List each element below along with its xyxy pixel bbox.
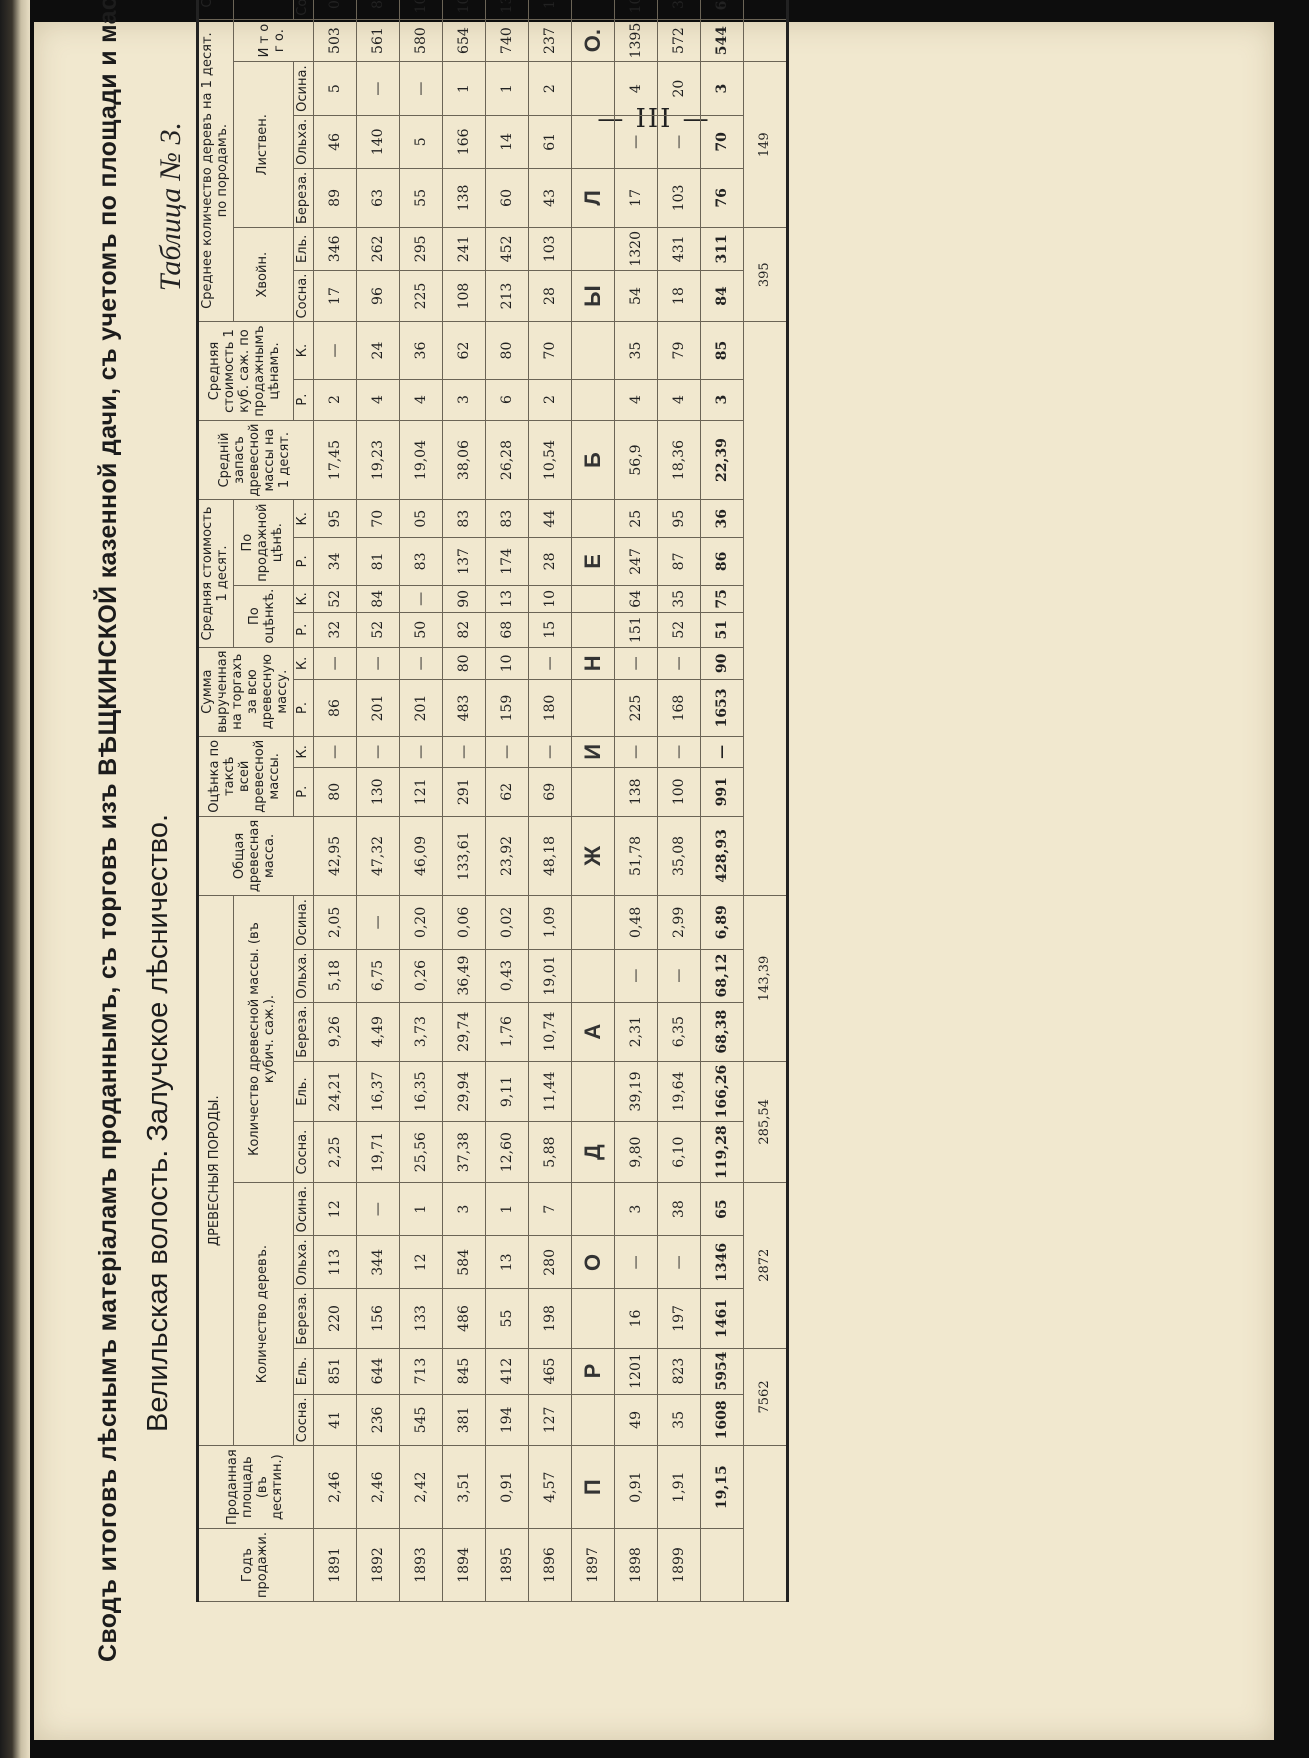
cell-a-alder: 5 [399, 115, 442, 168]
cell-v-birch: 4,49 [356, 1002, 399, 1061]
empty-cell [571, 1182, 614, 1235]
total-t-birch: 1461 [700, 1289, 743, 1348]
cell-sum-r: 225 [614, 680, 657, 737]
header-year: Годъ продажи. [198, 1529, 314, 1602]
cell-t-alder: 344 [356, 1236, 399, 1289]
total-t-alder: 1346 [700, 1236, 743, 1289]
cell-ca-r: 32 [313, 612, 356, 647]
total-ca-k: 75 [700, 585, 743, 612]
cell-sum-k: — [528, 647, 571, 680]
total-t-pine: 1608 [700, 1394, 743, 1446]
cell-pc-k: 36 [399, 322, 442, 379]
cell-t-spruce: 412 [485, 1348, 528, 1394]
cell-ca-k: 90 [442, 585, 485, 612]
cell-v-birch: 6,35 [657, 1002, 700, 1061]
cell-t-aspen: 3 [442, 1182, 485, 1235]
header-total: И т о г о. [233, 19, 313, 62]
total-sum-k: 90 [700, 647, 743, 680]
cell-t-pine: 35 [657, 1394, 700, 1446]
cell-a-birch: 138 [442, 168, 485, 227]
total-stock: 22,39 [700, 420, 743, 500]
header-sum-received: Сумма вырученная на торгахъ за всю древе… [198, 647, 294, 736]
cell-cs-k: 25 [614, 500, 657, 538]
cell-cs-r: 28 [528, 538, 571, 586]
total-cs-k: 36 [700, 500, 743, 538]
cell-cs-k: 44 [528, 500, 571, 538]
cell-v-birch: 10,74 [528, 1002, 571, 1061]
total-v-alder: 68,12 [700, 949, 743, 1002]
cell-area: 2,46 [356, 1446, 399, 1529]
cell-t-birch: 156 [356, 1289, 399, 1348]
cell-s-pine: 0,91 [313, 0, 356, 19]
cell-appr-k: — [657, 736, 700, 767]
cell-year: 1896 [528, 1529, 571, 1602]
header-species-group: ДРЕВЕСНЫЯ ПОРОДЫ. [198, 896, 234, 1446]
cell-a-spruce: 1320 [614, 228, 657, 271]
cell-cs-r: 87 [657, 538, 700, 586]
cell-v-alder: 6,75 [356, 949, 399, 1002]
no-sales-letter: П [571, 1446, 614, 1529]
cell-appr-r: 291 [442, 767, 485, 816]
no-sales-letter: Е [571, 538, 614, 586]
cell-a-pine: 108 [442, 270, 485, 322]
total-v-pine: 119,28 [700, 1122, 743, 1183]
cell-v-pine: 6,10 [657, 1122, 700, 1183]
cell-a-birch: 63 [356, 168, 399, 227]
header-birch: Береза. [293, 168, 313, 227]
cell-pc-r: 4 [614, 379, 657, 420]
total-t-aspen: 65 [700, 1182, 743, 1235]
header-avg-stock: Средній запасъ древесной массы на 1 деся… [198, 420, 314, 500]
cell-a-spruce: 241 [442, 228, 485, 271]
cell-v-spruce: 16,37 [356, 1061, 399, 1122]
cell-mass: 46,09 [399, 816, 442, 895]
header-avg-price-cub: Средняя стоимость 1 куб. саж. по продажн… [198, 322, 294, 420]
cell-mass: 35,08 [657, 816, 700, 895]
cell-appr-k: — [614, 736, 657, 767]
cell-t-alder: 584 [442, 1236, 485, 1289]
header-by-appraisal: По оцѣнкѣ. [233, 585, 293, 647]
cell-pc-k: — [313, 322, 356, 379]
cell-sum-r: 483 [442, 680, 485, 737]
cell-t-aspen: 7 [528, 1182, 571, 1235]
cell-a-alder: — [614, 115, 657, 168]
no-sales-letter: А [571, 1002, 614, 1061]
cell-sum-r: 86 [313, 680, 356, 737]
table-number: Таблица № 3. [154, 122, 188, 291]
cell-mass: 47,32 [356, 816, 399, 895]
cell-cs-k: 05 [399, 500, 442, 538]
cell-t-birch: 486 [442, 1289, 485, 1348]
cell-year: 1894 [442, 1529, 485, 1602]
cell-a-aspen: 2 [528, 62, 571, 115]
cell-area: 1,91 [657, 1446, 700, 1529]
cell-a-birch: 89 [313, 168, 356, 227]
cell-t-birch: 197 [657, 1289, 700, 1348]
group-total-t-conifer: 7562 [743, 1348, 787, 1446]
cell-v-aspen: 2,05 [313, 896, 356, 949]
cell-t-aspen: 12 [313, 1182, 356, 1235]
total-t-spruce: 5954 [700, 1348, 743, 1394]
empty-cell [743, 1446, 787, 1602]
cell-a-birch: 55 [399, 168, 442, 227]
cell-area: 4,57 [528, 1446, 571, 1529]
cell-sum-r: 168 [657, 680, 700, 737]
cell-pc-k: 62 [442, 322, 485, 379]
cell-v-birch: 9,26 [313, 1002, 356, 1061]
cell-v-birch: 2,31 [614, 1002, 657, 1061]
header-deciduous: Листвен. [233, 62, 293, 228]
cell-v-aspen: 0,06 [442, 896, 485, 949]
cell-pc-r: 2 [313, 379, 356, 420]
header-kop: К. [293, 585, 313, 612]
cell-a-spruce: 103 [528, 228, 571, 271]
table-row: 1897ПРОДАЖИНЕБЫЛО. [571, 0, 614, 1602]
cell-v-birch: 1,76 [485, 1002, 528, 1061]
document-page: — III — Сводъ итоговъ лѣснымъ матеріалам… [34, 22, 1274, 1740]
header-by-sale: По продажной цѣнѣ. [233, 500, 293, 585]
cell-area: 0,91 [485, 1446, 528, 1529]
cell-pc-k: 35 [614, 322, 657, 379]
header-spruce: Ель. [293, 1061, 313, 1122]
header-birch: Береза. [293, 1289, 313, 1348]
cell-v-birch: 3,73 [399, 1002, 442, 1061]
total-a-birch: 76 [700, 168, 743, 227]
cell-t-alder: 13 [485, 1236, 528, 1289]
cell-ca-r: 82 [442, 612, 485, 647]
empty-cell [571, 612, 614, 647]
cell-cs-r: 81 [356, 538, 399, 586]
header-kop: К. [293, 322, 313, 379]
cell-s-pine: 3,18 [657, 0, 700, 19]
cell-year: 1891 [313, 1529, 356, 1602]
empty-cell [571, 767, 614, 816]
header-kop: К. [293, 736, 313, 767]
cell-stock: 10,54 [528, 420, 571, 500]
cell-appr-r: 121 [399, 767, 442, 816]
cell-a-aspen: — [399, 62, 442, 115]
cell-v-alder: — [614, 949, 657, 1002]
document-title: Сводъ итоговъ лѣснымъ матеріаламъ продан… [94, 102, 123, 1662]
header-rub: Р. [293, 680, 313, 737]
cell-appr-r: 69 [528, 767, 571, 816]
cell-ca-r: 151 [614, 612, 657, 647]
cell-v-spruce: 39,19 [614, 1061, 657, 1122]
cell-v-pine: 9,80 [614, 1122, 657, 1183]
cell-appr-r: 100 [657, 767, 700, 816]
cell-v-alder: 5,18 [313, 949, 356, 1002]
header-birch: Береза. [293, 1002, 313, 1061]
cell-a-total: 580 [399, 19, 442, 62]
cell-v-spruce: 16,35 [399, 1061, 442, 1122]
header-aspen: Осина. [293, 896, 313, 949]
cell-v-aspen: — [356, 896, 399, 949]
cell-pc-r: 4 [356, 379, 399, 420]
cell-v-alder: 0,43 [485, 949, 528, 1002]
header-total-mass: Общая древесная масса. [198, 816, 314, 895]
cell-ca-k: 35 [657, 585, 700, 612]
totals-row: 19,15160859541461134665119,28166,2668,38… [700, 0, 743, 1602]
cell-v-aspen: 0,20 [399, 896, 442, 949]
cell-a-alder: 61 [528, 115, 571, 168]
cell-appr-k: — [356, 736, 399, 767]
header-avg-stock-species: Средній запасъ древесной массы на 1 дес.… [198, 0, 234, 19]
cell-t-birch: 198 [528, 1289, 571, 1348]
cell-v-alder: 36,49 [442, 949, 485, 1002]
total-s-pine: 6,23 [700, 0, 743, 19]
cell-a-pine: 54 [614, 270, 657, 322]
cell-t-aspen: 38 [657, 1182, 700, 1235]
group-total-v-deciduous: 143,39 [743, 896, 787, 1062]
cell-ca-r: 50 [399, 612, 442, 647]
cell-year: 1895 [485, 1529, 528, 1602]
cell-cs-k: 83 [442, 500, 485, 538]
total-a-alder: 70 [700, 115, 743, 168]
cell-a-total: 740 [485, 19, 528, 62]
cell-a-pine: 96 [356, 270, 399, 322]
header-spruce: Ель. [293, 228, 313, 271]
cell-ca-r: 52 [356, 612, 399, 647]
cell-t-spruce: 851 [313, 1348, 356, 1394]
empty-cell [571, 379, 614, 420]
header-avg-trees: Среднее количество деревъ на 1 десят. по… [198, 19, 234, 322]
cell-appr-k: — [313, 736, 356, 767]
no-sales-letter: Б [571, 420, 614, 500]
cell-sum-r: 201 [399, 680, 442, 737]
cell-a-aspen: — [356, 62, 399, 115]
cell-sum-k: — [356, 647, 399, 680]
cell-v-pine: 25,56 [399, 1122, 442, 1183]
cell-s-pine: 8,01 [356, 0, 399, 19]
cell-t-spruce: 1201 [614, 1348, 657, 1394]
cell-stock: 56,9 [614, 420, 657, 500]
header-rub: Р. [293, 538, 313, 586]
group-total-a-deciduous: 149 [743, 62, 787, 228]
cell-a-birch: 103 [657, 168, 700, 227]
group-total-s-conifer: 14,91 (66,59%) [743, 0, 787, 19]
cell-area: 3,51 [442, 1446, 485, 1529]
cell-a-pine: 17 [313, 270, 356, 322]
no-sales-letter: Ы [571, 270, 614, 322]
cell-pc-r: 2 [528, 379, 571, 420]
cell-area: 2,46 [313, 1446, 356, 1529]
cell-sum-r: 180 [528, 680, 571, 737]
cell-year: 1898 [614, 1529, 657, 1602]
no-sales-letter: Н [571, 647, 614, 680]
cell-a-birch: 17 [614, 168, 657, 227]
cell-s-pine: 10,77 [614, 0, 657, 19]
cell-a-pine: 213 [485, 270, 528, 322]
cell-stock: 18,36 [657, 420, 700, 500]
cell-mass: 42,95 [313, 816, 356, 895]
cell-t-spruce: 465 [528, 1348, 571, 1394]
no-sales-letter: И [571, 736, 614, 767]
cell-v-alder: — [657, 949, 700, 1002]
cell-a-spruce: 431 [657, 228, 700, 271]
cell-mass: 48,18 [528, 816, 571, 895]
cell-stock: 19,04 [399, 420, 442, 500]
empty-cell [571, 500, 614, 538]
cell-a-pine: 28 [528, 270, 571, 322]
cell-cs-k: 95 [313, 500, 356, 538]
header-kop: К. [293, 647, 313, 680]
cell-v-spruce: 19,64 [657, 1061, 700, 1122]
cell-t-spruce: 823 [657, 1348, 700, 1394]
cell-sum-k: 80 [442, 647, 485, 680]
cell-t-birch: 16 [614, 1289, 657, 1348]
table-row: 18950,911944125513112,609,111,760,430,02… [485, 0, 528, 1602]
cell-a-aspen: 1 [485, 62, 528, 115]
empty-cell [571, 322, 614, 379]
empty-cell [571, 1061, 614, 1122]
cell-a-spruce: 295 [399, 228, 442, 271]
cell-s-pine: 10,56 [399, 0, 442, 19]
cell-a-birch: 60 [485, 168, 528, 227]
cell-a-pine: 18 [657, 270, 700, 322]
cell-sum-k: — [399, 647, 442, 680]
total-appr-k: — [700, 736, 743, 767]
cell-a-total: 654 [442, 19, 485, 62]
cell-pc-r: 4 [399, 379, 442, 420]
no-sales-letter: О [571, 1236, 614, 1289]
group-total-v-conifer: 285,54 [743, 1061, 787, 1182]
header-rub: Р. [293, 612, 313, 647]
table-row: 18922,46236644156344—19,7116,374,496,75—… [356, 0, 399, 1602]
cell-v-pine: 5,88 [528, 1122, 571, 1183]
empty-cell [571, 680, 614, 737]
cell-area: 0,91 [614, 1446, 657, 1529]
cell-a-total: 237 [528, 19, 571, 62]
cell-t-aspen: 1 [485, 1182, 528, 1235]
cell-sum-r: 159 [485, 680, 528, 737]
cell-a-alder: 166 [442, 115, 485, 168]
total-v-spruce: 166,26 [700, 1061, 743, 1122]
cell-v-aspen: 0,48 [614, 896, 657, 949]
no-sales-letter: Ж [571, 816, 614, 895]
cell-a-alder: — [657, 115, 700, 168]
cell-t-alder: 12 [399, 1236, 442, 1289]
cell-ca-r: 68 [485, 612, 528, 647]
table-row: 18932,4254571313312125,5616,353,730,260,… [399, 0, 442, 1602]
total-mass: 428,93 [700, 816, 743, 895]
empty-cell [571, 1289, 614, 1348]
empty-cell [743, 322, 787, 896]
cell-t-spruce: 644 [356, 1348, 399, 1394]
cell-appr-k: — [442, 736, 485, 767]
cell-v-pine: 12,60 [485, 1122, 528, 1183]
cell-a-alder: 140 [356, 115, 399, 168]
total-a-spruce: 311 [700, 228, 743, 271]
header-aspen: Осина. [293, 1182, 313, 1235]
cell-ca-k: 64 [614, 585, 657, 612]
cell-sum-k: — [313, 647, 356, 680]
cell-area: 2,42 [399, 1446, 442, 1529]
cell-v-aspen: 1,09 [528, 896, 571, 949]
header-aspen: Осина. [293, 62, 313, 115]
cell-stock: 17,45 [313, 420, 356, 500]
cell-appr-r: 80 [313, 767, 356, 816]
cell-stock: 26,28 [485, 420, 528, 500]
cell-ca-k: 52 [313, 585, 356, 612]
cell-v-alder: 19,01 [528, 949, 571, 1002]
empty-cell [571, 1394, 614, 1446]
cell-a-alder: 14 [485, 115, 528, 168]
table-row: 18991,9135823197—386,1019,646,35—2,9935,… [657, 0, 700, 1602]
cell-year: 1893 [399, 1529, 442, 1602]
cell-t-pine: 236 [356, 1394, 399, 1446]
cell-v-birch: 29,74 [442, 1002, 485, 1061]
cell-cs-k: 83 [485, 500, 528, 538]
cell-sum-r: 201 [356, 680, 399, 737]
total-pc-k: 85 [700, 322, 743, 379]
header-tree-count: Количество деревъ. [233, 1182, 293, 1445]
total-v-birch: 68,38 [700, 1002, 743, 1061]
cell-pc-r: 6 [485, 379, 528, 420]
cell-s-pine: 1,28 [528, 0, 571, 19]
cell-a-spruce: 346 [313, 228, 356, 271]
cell-a-aspen: 4 [614, 62, 657, 115]
cell-appr-k: — [399, 736, 442, 767]
adjacent-page-edge [0, 0, 30, 1758]
total-year [700, 1529, 743, 1602]
cell-ca-r: 15 [528, 612, 571, 647]
cell-a-total: 572 [657, 19, 700, 62]
cell-year: 1897 [571, 1529, 614, 1602]
cell-t-pine: 49 [614, 1394, 657, 1446]
header-pine: Сосна. [293, 1122, 313, 1183]
no-sales-letter: Л [571, 168, 614, 227]
cell-a-total: 561 [356, 19, 399, 62]
header-conifer: Хвойн. [233, 228, 293, 322]
cell-t-birch: 55 [485, 1289, 528, 1348]
cell-t-pine: 127 [528, 1394, 571, 1446]
cell-pc-k: 70 [528, 322, 571, 379]
total-cs-r: 86 [700, 538, 743, 586]
cell-v-aspen: 0,02 [485, 896, 528, 949]
cell-a-pine: 225 [399, 270, 442, 322]
cell-t-alder: 280 [528, 1236, 571, 1289]
cell-t-alder: — [614, 1236, 657, 1289]
empty-cell [743, 19, 787, 62]
group-total-t-deciduous: 2872 [743, 1182, 787, 1348]
cell-a-aspen: 20 [657, 62, 700, 115]
cell-t-alder: — [657, 1236, 700, 1289]
cell-s-pine: 13,85 [485, 0, 528, 19]
table-row: 18980,9149120116—39,8039,192,31—0,4851,7… [614, 0, 657, 1602]
total-sum-r: 1653 [700, 680, 743, 737]
no-sales-letter: Р [571, 1348, 614, 1394]
cell-v-spruce: 11,44 [528, 1061, 571, 1122]
group-total-a-conifer: 395 [743, 228, 787, 322]
total-a-aspen: 3 [700, 62, 743, 115]
table-row: 18912,4641851220113122,2524,219,265,182,… [313, 0, 356, 1602]
cell-mass: 51,78 [614, 816, 657, 895]
cell-ca-k: 10 [528, 585, 571, 612]
cell-t-pine: 41 [313, 1394, 356, 1446]
cell-pc-r: 3 [442, 379, 485, 420]
cell-stock: 38,06 [442, 420, 485, 500]
cell-a-spruce: 262 [356, 228, 399, 271]
cell-v-pine: 19,71 [356, 1122, 399, 1183]
cell-t-pine: 381 [442, 1394, 485, 1446]
header-area: Проданная площадь (въ десятин.) [198, 1446, 314, 1529]
document-subtitle: Велильская волость. Залучское лѣсничеств… [142, 814, 175, 1432]
header-alder: Ольха. [293, 1236, 313, 1289]
cell-appr-k: — [485, 736, 528, 767]
no-sales-letter: Д [571, 1122, 614, 1183]
cell-cs-r: 174 [485, 538, 528, 586]
cell-mass: 133,61 [442, 816, 485, 895]
